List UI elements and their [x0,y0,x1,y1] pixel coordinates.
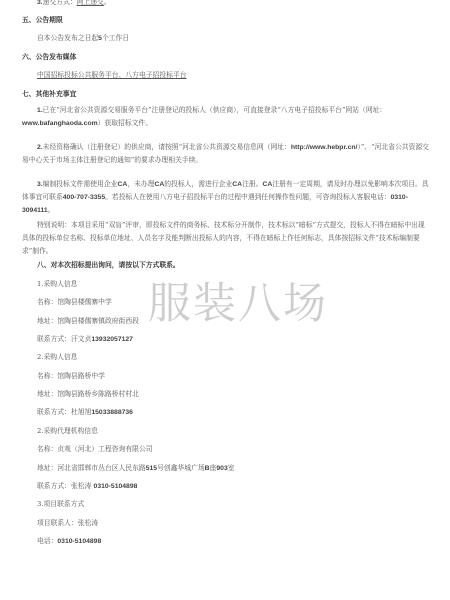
section-7-heading: 七、其他补充事宜 [22,90,76,99]
project-contact-title: 3.项目联系方式 [37,500,84,509]
publication-media-link[interactable]: 中国招标投标公共服务平台、八方电子招投标平台 [37,71,187,80]
paragraph-4-special-note: 特别说明：本项目采用“双盲”评审，即投标文件的商务标、技术标分开制作，技术标以“… [22,219,430,258]
purchaser-2-address: 地址：馆陶县路桥乡陈路桥村村北 [37,390,139,399]
project-contact-phone: 电话：0310-5104898 [37,537,101,546]
purchaser-1-title: 1.采购人信息 [37,280,77,289]
watermark: 服装八场 [148,270,328,331]
project-contact-person: 项目联系人：张松涛 [37,519,98,528]
agency-address: 地址：河北省邯郸市丛台区人民东路515号创鑫华城广场B座903室 [37,464,235,473]
document-page: 3.递交方式：网上递交。 五、公告期限 自本公告发布之日起5个工作日 六、公告发… [0,0,450,600]
section-8-heading: 八、对本次招标提出询问，请按以下方式联系。 [37,261,180,270]
hebpr-url-link[interactable]: http://www.hebpr.cn/ [291,144,358,151]
purchaser-1-name: 名称：馆陶县楼儒寨中学 [37,298,112,307]
purchaser-1-address: 地址：馆陶县楼儒寨镇政府街西段 [37,317,139,326]
submission-method-link[interactable]: 网上递交 [77,0,104,6]
submission-method: 3.递交方式：网上递交。 [37,0,111,7]
announcement-period: 自本公告发布之日起5个工作日 [37,34,129,43]
paragraph-2: 2.未经资格确认（注册登记）的供应商，请按照“河北省公共资源交易信息网（网址：h… [22,141,430,167]
bafang-url-link[interactable]: www.bafanghaoda.com [22,120,98,127]
agency-contact: 联系方式：张松涛 0310-5104898 [37,482,137,491]
agency-title: 2.采购代理机构信息 [37,427,98,436]
section-5-heading: 五、公告期限 [22,16,63,25]
section-6-heading: 六、公告发布媒体 [22,53,76,62]
paragraph-1: 1.已在“河北省公共资源交易服务平台”注册登记的投标人（供应商），可直接登录“八… [22,104,430,130]
purchaser-1-contact: 联系方式：汗文贞13932057127 [37,335,133,344]
paragraph-3: 3.编制投标文件需使用企业CA，未办理CA的投标人，需进行企业CA注册。CA注册… [22,178,430,217]
purchaser-2-name: 名称：馆陶县路桥中学 [37,372,105,381]
support-phone-1: 400-707-3355 [63,194,105,201]
agency-name: 名称：贞观（河北）工程咨询有限公司 [37,445,153,454]
purchaser-2-title: 2.采购人信息 [37,353,77,362]
purchaser-2-contact: 联系方式：杜旭旭15033888736 [37,408,133,417]
